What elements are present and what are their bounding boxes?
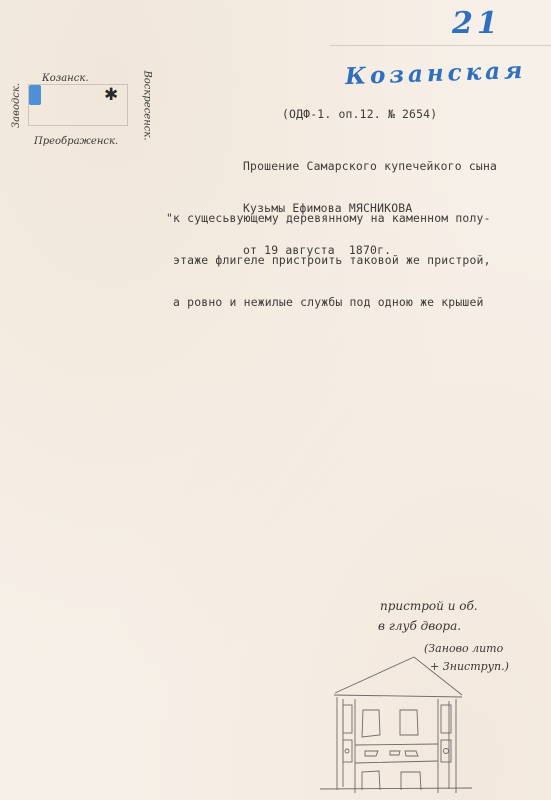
street-heading: Козанская xyxy=(345,57,527,90)
site-plan-sketch: ✱ Козанск. Преображенск. Заводск. Воскре… xyxy=(0,60,160,170)
sketch-note-line: в глуб двора. xyxy=(378,617,461,635)
plan-label-top: Козанск. xyxy=(42,73,89,84)
plan-label-right: Воскресенск. xyxy=(142,70,153,140)
building-facade-sketch-icon xyxy=(320,655,480,800)
page-number: 21 xyxy=(452,6,502,41)
quote-block: "к сущесьвующему деревянному на каменном… xyxy=(166,183,491,337)
plan-hatch-mark-icon: ✱ xyxy=(104,85,118,105)
quote-line: этаже флигеле пристроить таковой же прис… xyxy=(166,253,491,267)
archive-reference: (ОДФ-1. оп.12. № 2654) xyxy=(282,107,437,121)
plan-label-left: Заводск. xyxy=(11,83,22,128)
sketch-note-line: пристрой и об. xyxy=(380,597,478,615)
archive-document-page: 21 Козанская ✱ Козанск. Преображенск. За… xyxy=(0,0,551,800)
petition-line: Прошение Самарского купечейкого сына xyxy=(243,159,497,173)
quote-line: "к сущесьвующему деревянному на каменном… xyxy=(166,211,491,225)
quote-line: а ровно и нежилые службы под одною же кр… xyxy=(166,295,491,309)
plan-blue-marker-icon xyxy=(29,85,41,105)
plan-label-bottom: Преображенск. xyxy=(34,136,118,147)
top-rule-line xyxy=(330,45,551,46)
